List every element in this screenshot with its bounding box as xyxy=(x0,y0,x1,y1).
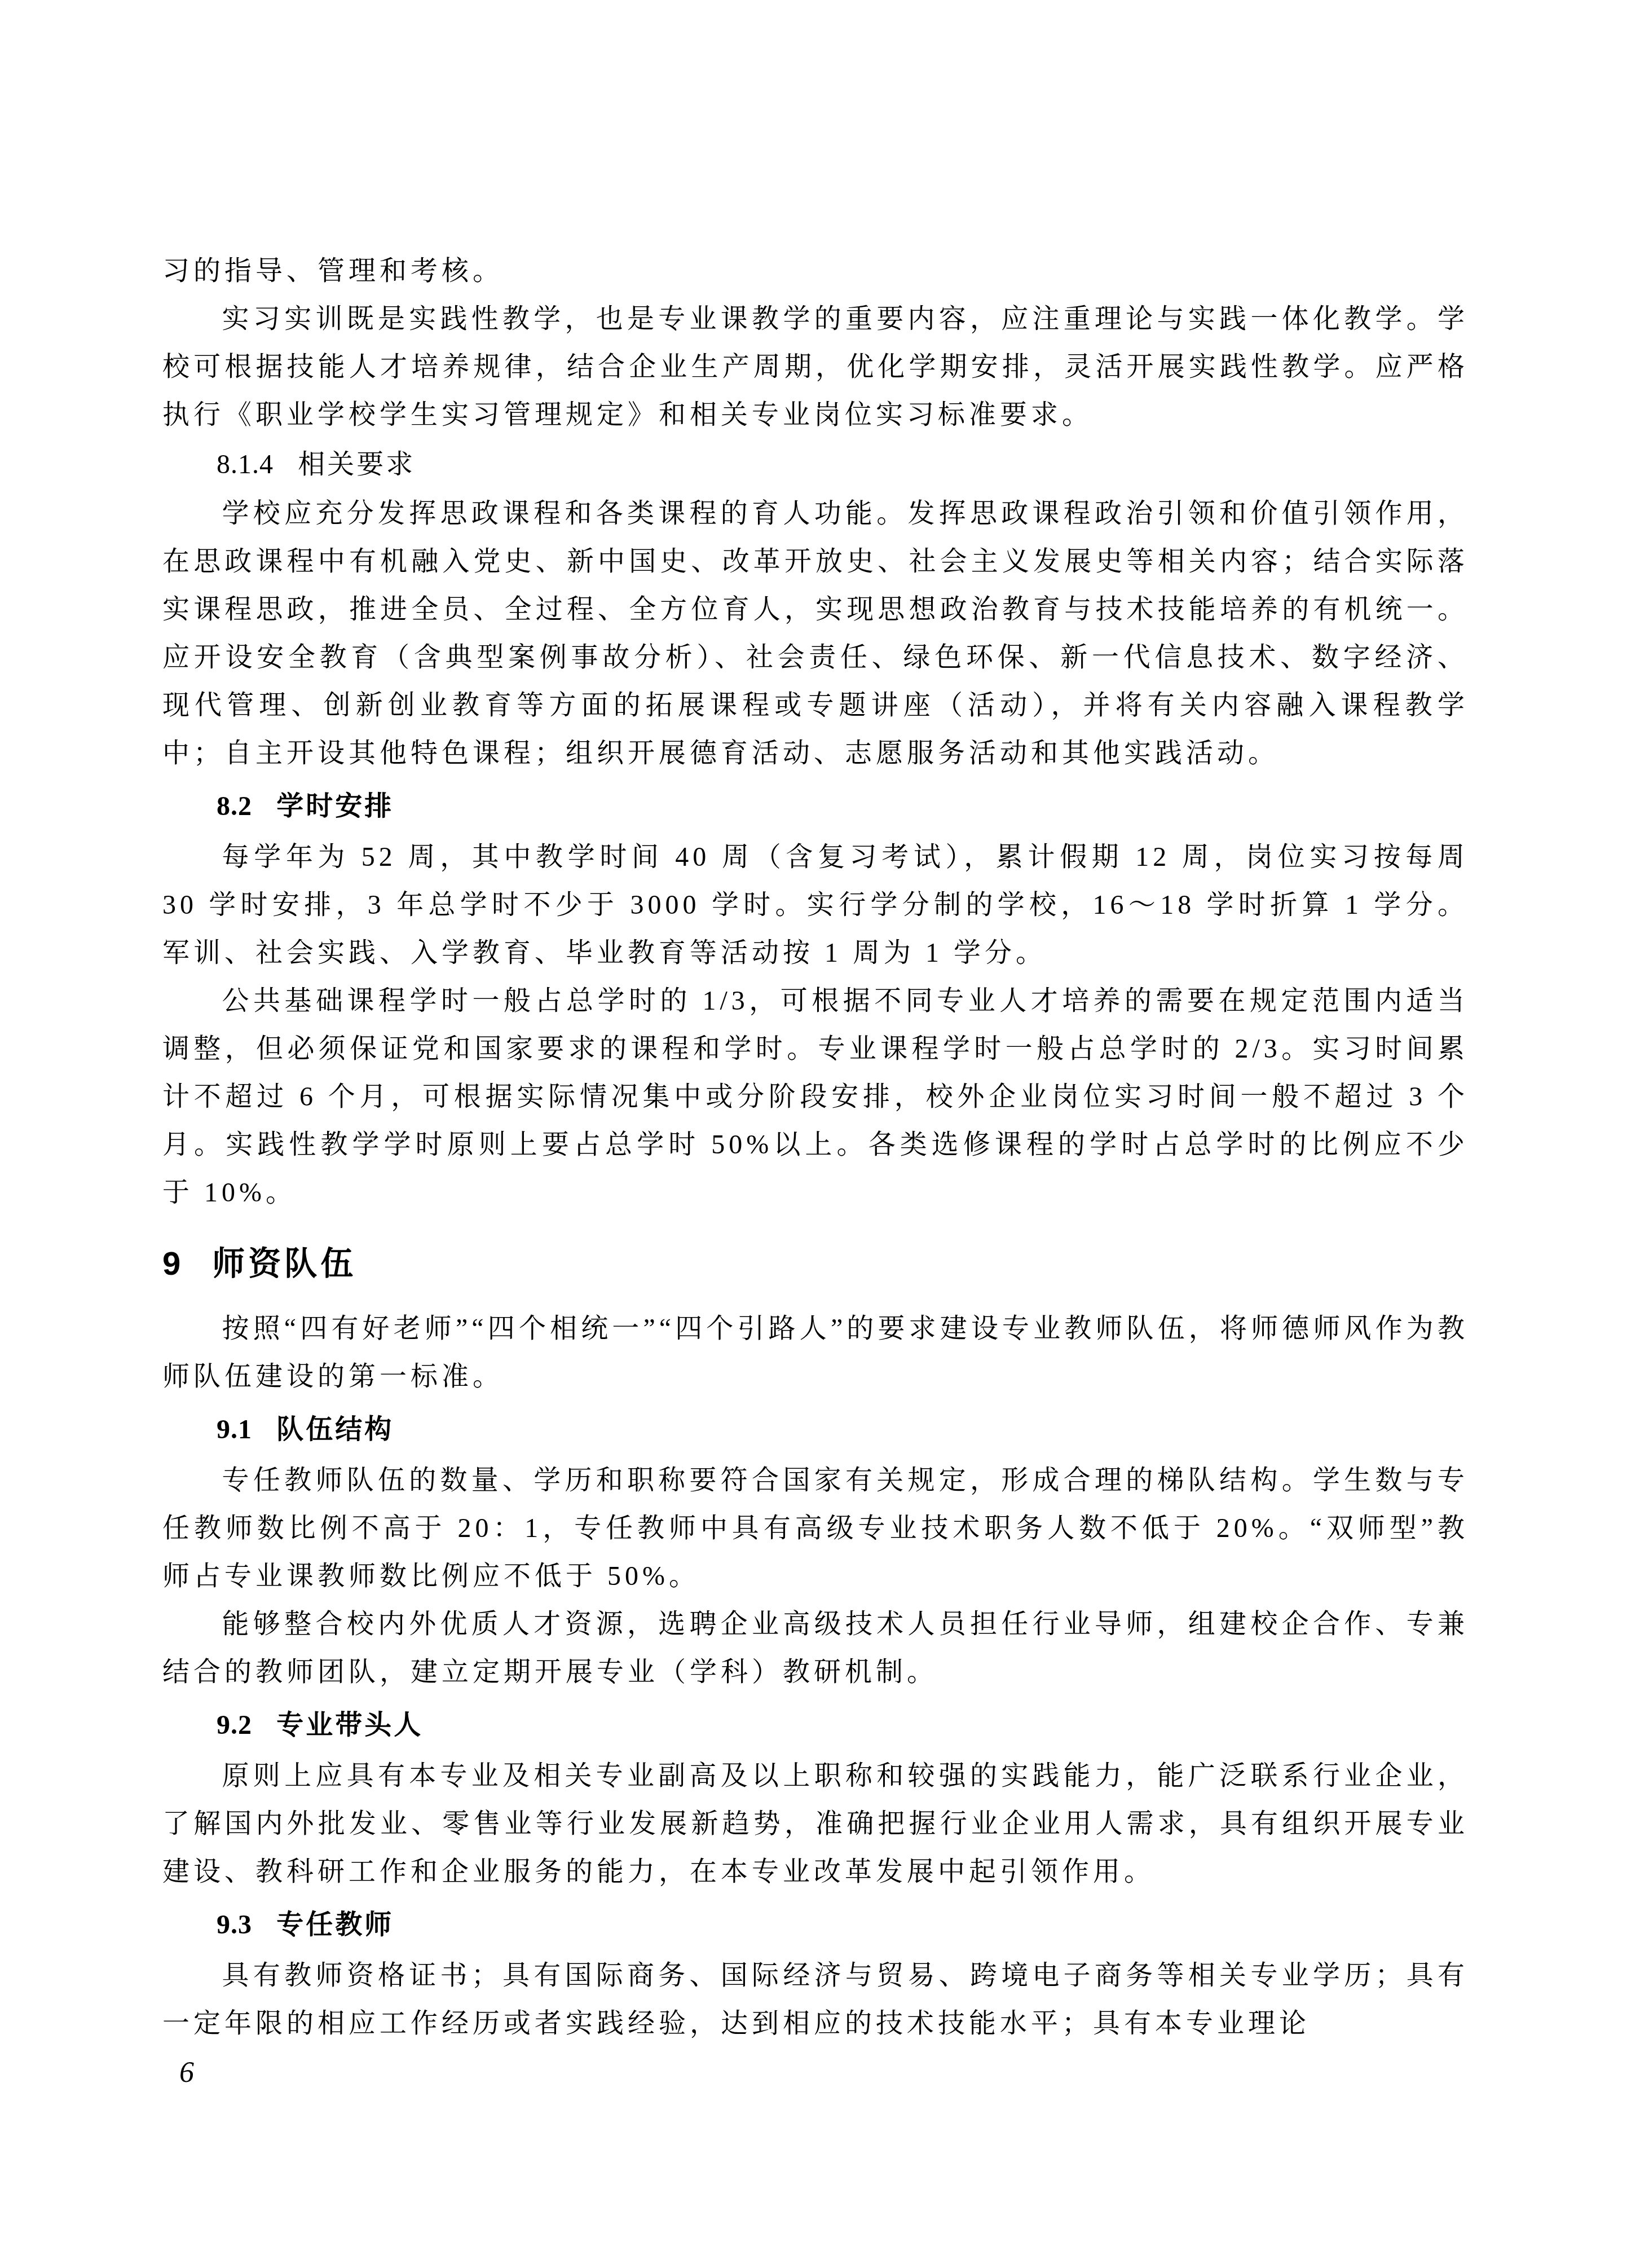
heading-title: 师资队伍 xyxy=(212,1245,356,1282)
heading-title: 相关要求 xyxy=(298,450,415,479)
heading-number: 8.1.4 xyxy=(217,450,274,479)
heading-number: 9 xyxy=(162,1245,181,1282)
paragraph: 专任教师队伍的数量、学历和职称要符合国家有关规定，形成合理的梯队结构。学生数与专… xyxy=(162,1456,1469,1600)
heading-title: 队伍结构 xyxy=(276,1415,394,1445)
heading-number: 9.1 xyxy=(217,1415,252,1445)
subsection-heading: 9.2专业带头人 xyxy=(162,1701,1469,1749)
paragraph: 实习实训既是实践性教学，也是专业课教学的重要内容，应注重理论与实践一体化教学。学… xyxy=(162,295,1469,439)
section-heading: 9师资队伍 xyxy=(162,1239,1469,1289)
paragraph: 公共基础课程学时一般占总学时的 1/3，可根据不同专业人才培养的需要在规定范围内… xyxy=(162,977,1469,1217)
paragraph: 习的指导、管理和考核。 xyxy=(162,247,1469,295)
subsection-heading: 9.3专任教师 xyxy=(162,1901,1469,1949)
document-page: 习的指导、管理和考核。实习实训既是实践性教学，也是专业课教学的重要内容，应注重理… xyxy=(0,0,1627,2268)
paragraph: 按照“四有好老师”“四个相统一”“四个引路人”的要求建设专业教师队伍，将师德师风… xyxy=(162,1305,1469,1401)
heading-number: 9.3 xyxy=(217,1910,252,1940)
subsection-heading: 9.1队伍结构 xyxy=(162,1406,1469,1454)
heading-title: 学时安排 xyxy=(276,791,394,821)
subsubsection-heading: 8.1.4相关要求 xyxy=(162,441,1469,488)
paragraph: 每学年为 52 周，其中教学时间 40 周（含复习考试），累计假期 12 周，岗… xyxy=(162,833,1469,977)
heading-number: 8.2 xyxy=(217,791,252,821)
paragraph: 具有教师资格证书；具有国际商务、国际经济与贸易、跨境电子商务等相关专业学历；具有… xyxy=(162,1952,1469,2047)
heading-title: 专业带头人 xyxy=(276,1710,423,1740)
heading-number: 9.2 xyxy=(217,1710,252,1740)
paragraph: 能够整合校内外优质人才资源，选聘企业高级技术人员担任行业导师，组建校企合作、专兼… xyxy=(162,1600,1469,1696)
heading-title: 专任教师 xyxy=(276,1910,394,1940)
subsection-heading: 8.2学时安排 xyxy=(162,782,1469,830)
paragraph: 原则上应具有本专业及相关专业副高及以上职称和较强的实践能力，能广泛联系行业企业，… xyxy=(162,1752,1469,1896)
document-content: 习的指导、管理和考核。实习实训既是实践性教学，也是专业课教学的重要内容，应注重理… xyxy=(162,247,1469,2047)
page-number: 6 xyxy=(179,2056,194,2090)
paragraph: 学校应充分发挥思政课程和各类课程的育人功能。发挥思政课程政治引领和价值引领作用，… xyxy=(162,490,1469,777)
